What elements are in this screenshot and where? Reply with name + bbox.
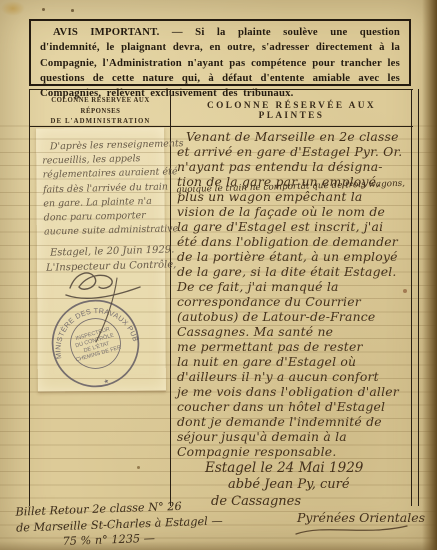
complaint-line: la nuit en gare d'Estagel où <box>177 354 423 369</box>
complaint-line: De ce fait, j'ai manqué la <box>177 279 423 294</box>
inspector-signature-mark <box>60 264 152 350</box>
ink-speck <box>42 8 45 11</box>
complaint-line: et arrivé en gare d'Estagel Pyr. Or. <box>177 144 423 159</box>
important-notice: AVIS IMPORTANT. — Si la plainte soulève … <box>29 19 411 86</box>
left-border <box>29 89 30 506</box>
admin-column-header: COLONNE RÉSERVÉE AUX RÉPONSES DE L'ADMIN… <box>31 96 170 128</box>
stamp-star-icon: ★ <box>103 378 110 386</box>
complaint-line: me permettant pas de rester <box>177 339 423 354</box>
admin-response-text: D'après les renseignementsrecueillis, le… <box>42 137 171 239</box>
plaint-column-header: COLONNE RÉSERVÉE AUX PLAINTES <box>173 101 410 121</box>
complainant-signature-line1: abbé Jean Py, curé <box>228 477 350 492</box>
column-divider <box>170 89 171 506</box>
complaint-line: dont je demande l'indemnité de <box>177 414 423 429</box>
form-page: AVIS IMPORTANT. — Si la plainte soulève … <box>0 0 437 550</box>
ink-speck <box>71 9 74 12</box>
complaint-line: n'ayant pas entendu la désigna- <box>177 159 423 174</box>
complaint-line: Cassagnes. Ma santé ne <box>177 324 423 339</box>
admin-header-line1: COLONNE RÉSERVÉE AUX RÉPONSES <box>31 96 170 117</box>
complaint-line: je me vois dans l'obligation d'aller <box>177 384 423 399</box>
paper-stain <box>1 1 25 16</box>
complaint-line: coucher dans un hôtel d'Estagel <box>177 399 423 414</box>
complaint-line: été dans l'obligation de demander <box>177 234 423 249</box>
complaint-line: correspondance du Courrier <box>177 294 423 309</box>
complaint-line: de la portière étant, à un employé <box>177 249 423 264</box>
complaint-line: vision de la façade où le nom de <box>177 204 423 219</box>
complaint-line: Venant de Marseille en 2e classe <box>177 129 423 144</box>
complaint-line: Compagnie responsable. <box>177 444 423 459</box>
columns-top-border <box>29 89 413 90</box>
page-right-edge <box>422 0 437 550</box>
complaint-date: Estagel le 24 Mai 1929 <box>205 460 363 476</box>
signature-flourish <box>293 521 411 537</box>
page-bottom-edge <box>0 541 437 550</box>
complainant-signature-line2: de Cassagnes <box>211 494 301 509</box>
complaint-line: la gare d'Estagel est inscrit, j'ai <box>177 219 423 234</box>
complaint-line: séjour jusqu'à demain à la <box>177 429 423 444</box>
notice-title: AVIS IMPORTANT. <box>53 26 160 38</box>
admin-header-line2: DE L'ADMINISTRATION <box>31 117 170 128</box>
complaint-line: de la gare, si la dite était Estagel. <box>177 264 423 279</box>
paper-spot <box>137 466 140 469</box>
complaint-line: d'ailleurs il n'y a aucun confort <box>177 369 423 384</box>
complaint-line: (autobus) de Latour-de-France <box>177 309 423 324</box>
